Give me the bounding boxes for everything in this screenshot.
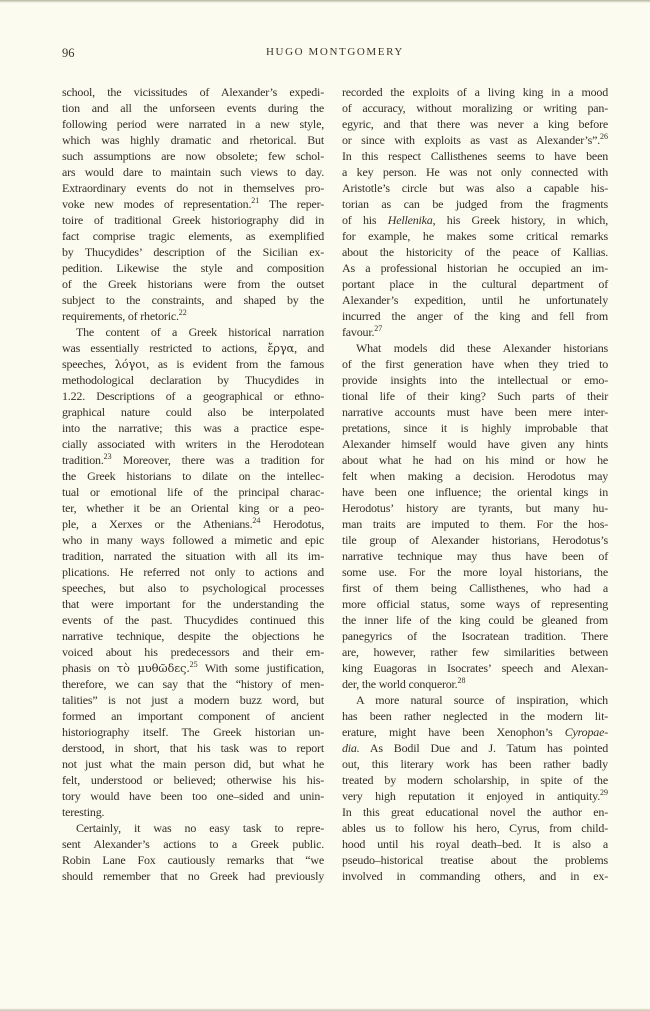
text-line: derstood, in short, that his task was to… (62, 740, 324, 756)
text-line: talities” is not just a modern buzz word… (62, 692, 324, 708)
text-line: or since with exploits as vast as Alexan… (342, 132, 608, 148)
text-line: historiography itself. The Greek histori… (62, 724, 324, 740)
text-line: erature, might have been Xenophon’s Cyro… (342, 724, 608, 740)
text-line: which was highly dramatic and rhetorical… (62, 132, 324, 148)
text-line: tory would have been too one–sided and u… (62, 788, 324, 804)
text-line: speeches, λόγοι, as is evident from the … (62, 356, 324, 372)
text-line: first of them being Callisthenes, who ha… (342, 580, 608, 596)
text-line: of accuracy, without moralizing or writi… (342, 100, 608, 116)
text-line: egyric, and that there was never a king … (342, 116, 608, 132)
text-line: pretations, since it is highly improbabl… (342, 420, 608, 436)
text-line: speeches, but also to psychological proc… (62, 580, 324, 596)
text-line: tile group of Alexander historians, Hero… (342, 532, 608, 548)
text-line: events of the past. Thucydides continued… (62, 612, 324, 628)
text-line: that were important for the understandin… (62, 596, 324, 612)
text-line: of the Greek historians were from the ou… (62, 276, 324, 292)
text-line: panegyrics of the Isocratean tradition. … (342, 628, 608, 644)
text-line: requirements, of rhetoric.22 (62, 308, 324, 324)
text-line: the inner life of the king could be glea… (342, 612, 608, 628)
text-line: was essentially restricted to actions, ἔ… (62, 340, 324, 356)
text-line: formed an important component of ancient (62, 708, 324, 724)
text-line: following period were narrated in a new … (62, 116, 324, 132)
text-line: narrative accounts must have been mere i… (342, 404, 608, 420)
text-line: narrative technique may thus have been o… (342, 548, 608, 564)
text-line: man traits are imputed to them. For the … (342, 516, 608, 532)
text-line: Alexander himself would have given any h… (342, 436, 608, 452)
text-line: teresting. (62, 804, 324, 820)
text-line: tional life of their king? Such parts of… (342, 388, 608, 404)
text-line: provide insights into the intellectual o… (342, 372, 608, 388)
text-line: more official status, some ways of repre… (342, 596, 608, 612)
text-line: The content of a Greek historical narrat… (62, 324, 324, 340)
text-line: ple, a Xerxes or the Athenians.24 Herodo… (62, 516, 324, 532)
column-left: school, the vicissitudes of Alexander’s … (62, 84, 324, 884)
text-line: king Euagoras in Isocrates’ speech and A… (342, 660, 608, 676)
page-top-edge-shadow (0, 0, 650, 3)
text-line: who in many ways followed a mimetic and … (62, 532, 324, 548)
text-line: treated by modern scholarship, in spite … (342, 772, 608, 788)
text-line: for example, he makes some critical rema… (342, 228, 608, 244)
text-line: As a professional historian he occupied … (342, 260, 608, 276)
text-line: out, this literary work has been rather … (342, 756, 608, 772)
text-line: pedition. Likewise the style and composi… (62, 260, 324, 276)
text-line: ter, whether it be an Oriental king or a… (62, 500, 324, 516)
text-line: into the narrative; this was a practice … (62, 420, 324, 436)
text-line: ars would dare to maintain such views to… (62, 164, 324, 180)
text-line: tradition, narrated the situation with a… (62, 548, 324, 564)
text-line: some use. For the more loyal historians,… (342, 564, 608, 580)
text-line: tion and all the unforseen events during… (62, 100, 324, 116)
text-line: tual or emotional life of the principal … (62, 484, 324, 500)
text-line: tradition.23 Moreover, there was a tradi… (62, 452, 324, 468)
running-head: HUGO MONTGOMERY (62, 46, 608, 58)
text-line: subject to the constraints, and shaped b… (62, 292, 324, 308)
text-line: the Greek historians to dilate on the in… (62, 468, 324, 484)
text-line: 1.22. Descriptions of a geographical or … (62, 388, 324, 404)
text-line: by Thucydides’ description of the Sicili… (62, 244, 324, 260)
text-line: Robin Lane Fox cautiously remarks that “… (62, 852, 324, 868)
text-line: has been rather neglected in the modern … (342, 708, 608, 724)
text-line: school, the vicissitudes of Alexander’s … (62, 84, 324, 100)
text-line: toire of traditional Greek historiograph… (62, 212, 324, 228)
text-line: Herodotus’ history are tyrants, but many… (342, 500, 608, 516)
text-line: plications. He referred not only to acti… (62, 564, 324, 580)
text-columns: school, the vicissitudes of Alexander’s … (62, 84, 608, 884)
text-line: What models did these Alexander historia… (342, 340, 608, 356)
text-line: phasis on τὸ μυθῶδες.25 With some justif… (62, 660, 324, 676)
text-line: hood until his royal death–bed. It is al… (342, 836, 608, 852)
column-right: recorded the exploits of a living king i… (342, 84, 608, 884)
text-line: of the first generation have when they t… (342, 356, 608, 372)
text-line: about what he had on his mind or how he (342, 452, 608, 468)
text-line: recorded the exploits of a living king i… (342, 84, 608, 100)
text-line: a key person. He was not only connected … (342, 164, 608, 180)
text-line: In this respect Callisthenes seems to ha… (342, 148, 608, 164)
text-line: should remember that no Greek had previo… (62, 868, 324, 884)
text-line: dia. As Bodil Due and J. Tatum has point… (342, 740, 608, 756)
text-line: incurred the anger of the king and fell … (342, 308, 608, 324)
text-line: of his Hellenika, his Greek history, in … (342, 212, 608, 228)
text-line: voiced about his predecessors and their … (62, 644, 324, 660)
text-line: torian as can be judged from the fragmen… (342, 196, 608, 212)
text-line: felt when making a decision. Herodotus m… (342, 468, 608, 484)
text-line: ables us to follow his hero, Cyrus, from… (342, 820, 608, 836)
text-line: portant place in the cultural department… (342, 276, 608, 292)
text-line: methodological declaration by Thucydides… (62, 372, 324, 388)
text-line: involved in commanding others, and in ex… (342, 868, 608, 884)
text-line: graphical nature could also be interpola… (62, 404, 324, 420)
text-line: pseudo–historical treatise about the pro… (342, 852, 608, 868)
text-line: such assumptions are now obsolete; few s… (62, 148, 324, 164)
text-line: very high reputation it enjoyed in antiq… (342, 788, 608, 804)
text-line: about the historicity of the peace of Ka… (342, 244, 608, 260)
text-line: narrative technique, despite the objecti… (62, 628, 324, 644)
text-line: felt, understood or believed; otherwise … (62, 772, 324, 788)
text-line: Alexander’s expedition, until he unfortu… (342, 292, 608, 308)
text-line: A more natural source of inspiration, wh… (342, 692, 608, 708)
text-line: not just what the main person did, but w… (62, 756, 324, 772)
text-line: cially associated with writers in the He… (62, 436, 324, 452)
text-line: fact comprise tragic elements, as exempl… (62, 228, 324, 244)
text-line: therefore, we can say that the “history … (62, 676, 324, 692)
text-line: are, however, rather few similarities be… (342, 644, 608, 660)
text-line: favour.27 (342, 324, 608, 340)
text-line: Aristotle’s circle but was also a capabl… (342, 180, 608, 196)
text-line: der, the world conqueror.28 (342, 676, 608, 692)
text-line: have been one influence; the oriental ki… (342, 484, 608, 500)
text-line: Certainly, it was no easy task to repre- (62, 820, 324, 836)
page-header: 96 HUGO MONTGOMERY (62, 46, 608, 62)
text-line: sent Alexander’s actions to a Greek publ… (62, 836, 324, 852)
text-line: In this great educational novel the auth… (342, 804, 608, 820)
text-line: voke new modes of representation.21 The … (62, 196, 324, 212)
text-line: Extraordinary events do not in themselve… (62, 180, 324, 196)
